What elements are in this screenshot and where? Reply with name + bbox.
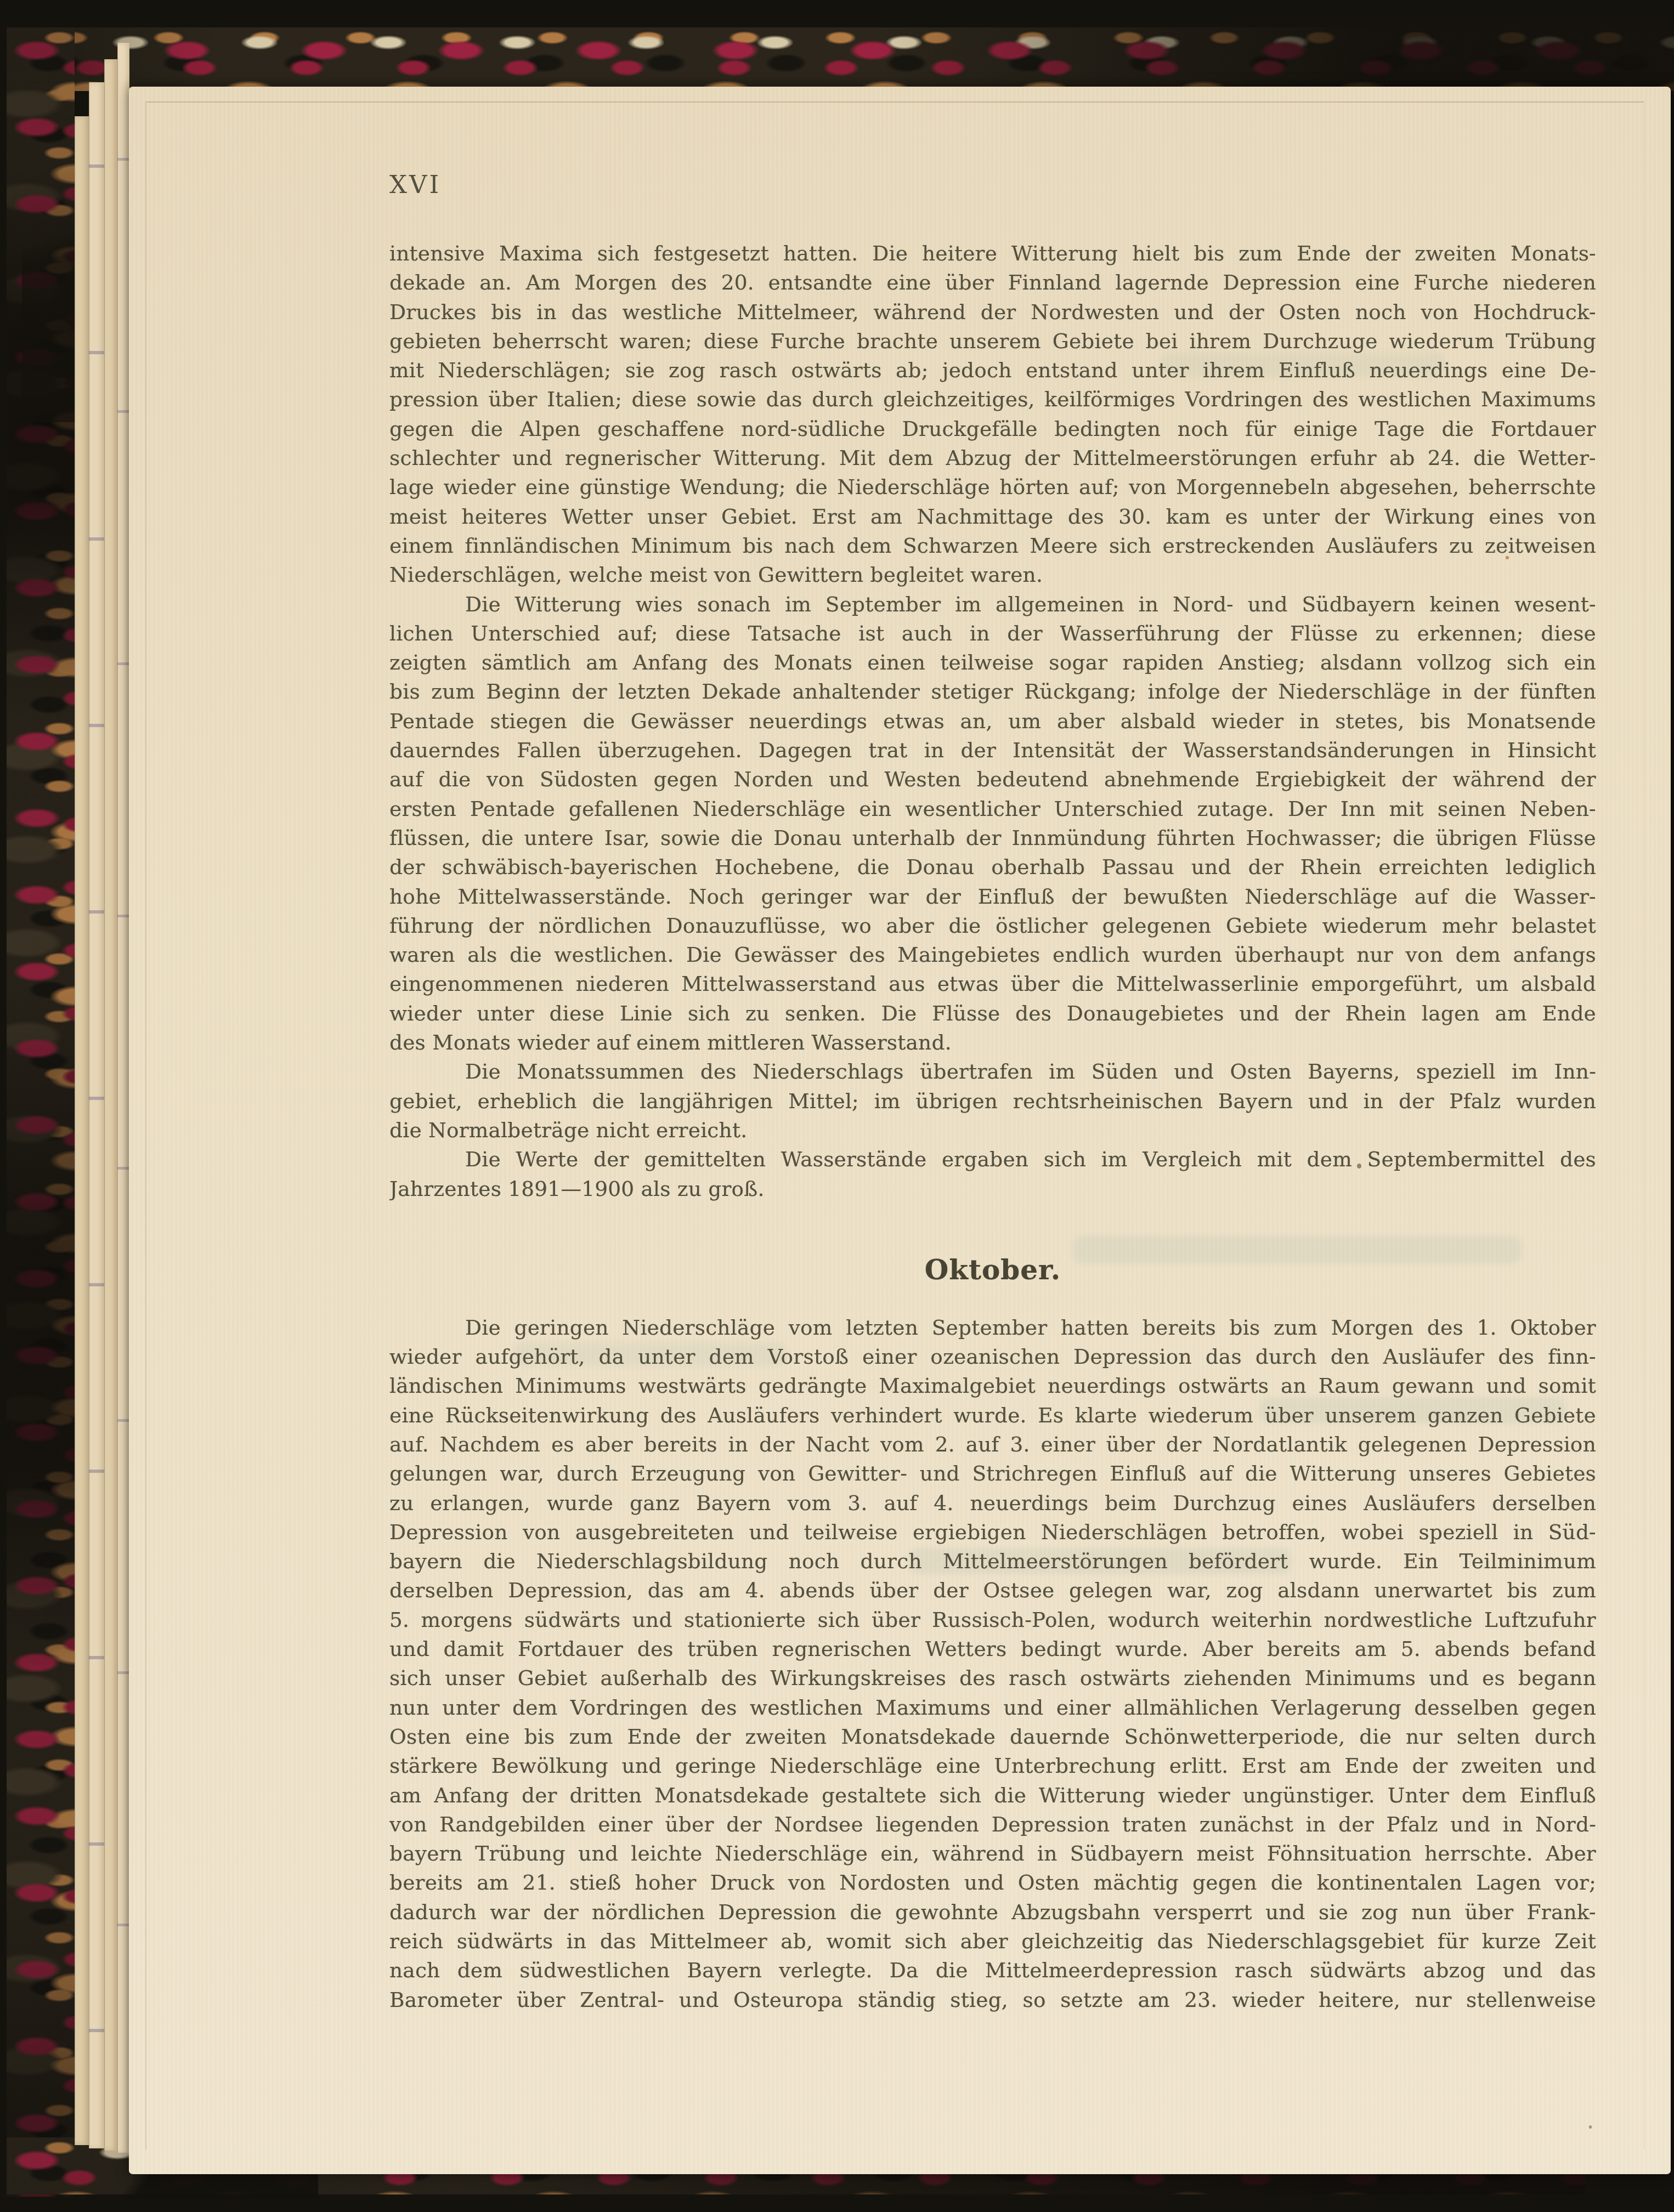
text-line: Die Werte der gemittelten Wasserstände e…: [389, 1145, 1596, 1174]
page-stack-edge: [117, 43, 129, 2153]
text-line: Jahrzentes 1891—1900 als zu groß.: [389, 1175, 1596, 1204]
page-stack-edge: [75, 116, 89, 2145]
text-line: Depression von ausgebreiteten und teilwe…: [389, 1518, 1596, 1547]
text-line: führung der nördlichen Donauzuflüsse, wo…: [389, 911, 1596, 940]
text-line: pression über Italien; diese sowie das d…: [389, 385, 1596, 414]
text-line: wieder aufgehört, da unter dem Vorstoß e…: [389, 1342, 1596, 1371]
text-line: gegen die Alpen geschaffene nord-südlich…: [389, 415, 1596, 444]
text-line: auf die von Südosten gegen Norden und We…: [389, 765, 1596, 794]
paragraph: intensive Maxima sich festgesetzt hatten…: [389, 239, 1596, 590]
text-line: Niederschlägen, welche meist von Gewitte…: [389, 560, 1596, 589]
text-line: ländischen Minimums westwärts gedrängte …: [389, 1371, 1596, 1400]
text-line: gebiet, erheblich die langjährigen Mitte…: [389, 1087, 1596, 1116]
text-line: Die Monatssummen des Niederschlags übert…: [389, 1057, 1596, 1086]
text-line: einem finnländischen Minimum bis nach de…: [389, 531, 1596, 560]
text-line: bis zum Beginn der letzten Dekade anhalt…: [389, 677, 1596, 706]
text-line: der schwäbisch-bayerischen Hochebene, di…: [389, 853, 1596, 882]
section-heading-oktober: Oktober.: [389, 1253, 1596, 1287]
text-line: derselben Depression, das am 4. abends ü…: [389, 1576, 1596, 1605]
text-line: Pentade stiegen die Gewässer neuerdings …: [389, 707, 1596, 736]
text-line: dauerndes Fallen überzugehen. Dagegen tr…: [389, 736, 1596, 765]
text-line: von Randgebilden einer über der Nordsee …: [389, 1810, 1596, 1839]
text-line: bayern Trübung und leichte Niederschläge…: [389, 1839, 1596, 1868]
text-line: intensive Maxima sich festgesetzt hatten…: [389, 239, 1596, 268]
text-line: ersten Pentade gefallenen Niederschläge …: [389, 795, 1596, 824]
paper-speck: [1589, 2125, 1592, 2129]
text-line: Barometer über Zentral- und Osteuropa st…: [389, 1986, 1596, 2015]
text-line: gelungen war, durch Erzeugung von Gewitt…: [389, 1459, 1596, 1488]
text-line: 5. morgens südwärts und stationierte sic…: [389, 1606, 1596, 1635]
paragraph: Die geringen Niederschläge vom letzten S…: [389, 1313, 1596, 2015]
text-line: lichen Unterschied auf; diese Tatsache i…: [389, 619, 1596, 648]
text-line: am Anfang der dritten Monatsdekade gesta…: [389, 1781, 1596, 1810]
text-line: meist heiteres Wetter unser Gebiet. Erst…: [389, 502, 1596, 531]
text-line: Die geringen Niederschläge vom letzten S…: [389, 1313, 1596, 1342]
text-line: zu erlangen, wurde ganz Bayern vom 3. au…: [389, 1489, 1596, 1518]
section-september-text: intensive Maxima sich festgesetzt hatten…: [389, 239, 1596, 1204]
text-line: lage wieder eine günstige Wendung; die N…: [389, 473, 1596, 502]
text-line: zeigten sämtlich am Anfang des Monats ei…: [389, 648, 1596, 677]
text-line: Druckes bis in das westliche Mittelmeer,…: [389, 298, 1596, 327]
text-line: bayern die Niederschlagsbildung noch dur…: [389, 1547, 1596, 1576]
text-line: eine Rückseitenwirkung des Ausläufers ve…: [389, 1401, 1596, 1430]
text-line: stärkere Bewölkung und geringe Niedersch…: [389, 1751, 1596, 1780]
text-column: intensive Maxima sich festgesetzt hatten…: [389, 239, 1596, 2015]
text-line: dadurch war der nördlichen Depression di…: [389, 1898, 1596, 1927]
text-line: nun unter dem Vordringen des westlichen …: [389, 1693, 1596, 1722]
text-line: schlechter und regnerischer Witterung. M…: [389, 444, 1596, 473]
text-line: Die Witterung wies sonach im September i…: [389, 590, 1596, 619]
text-line: nach dem südwestlichen Bayern verlegte. …: [389, 1956, 1596, 1985]
text-line: Osten eine bis zum Ende der zweiten Mona…: [389, 1722, 1596, 1751]
book-page: XVI intensive Maxima sich festgesetzt ha…: [129, 87, 1671, 2174]
book-cover-marble-top: [20, 27, 1674, 91]
text-line: und damit Fortdauer des trüben regnerisc…: [389, 1635, 1596, 1664]
page-stack-edge: [89, 82, 105, 2148]
page-stack-edge: [104, 59, 118, 2151]
paragraph: Die Werte der gemittelten Wasserstände e…: [389, 1145, 1596, 1204]
page-number: XVI: [389, 170, 441, 199]
text-line: wieder unter diese Linie sich zu senken.…: [389, 999, 1596, 1028]
text-line: bereits am 21. stieß hoher Druck von Nor…: [389, 1868, 1596, 1897]
text-line: auf. Nachdem es aber bereits in der Nach…: [389, 1430, 1596, 1459]
text-line: des Monats wieder auf einem mittleren Wa…: [389, 1028, 1596, 1057]
text-line: die Normalbeträge nicht erreicht.: [389, 1116, 1596, 1145]
paragraph: Die Witterung wies sonach im September i…: [389, 590, 1596, 1058]
text-line: hohe Mittelwasserstände. Noch geringer w…: [389, 882, 1596, 911]
text-line: reich südwärts in das Mittelmeer ab, wom…: [389, 1927, 1596, 1956]
section-october-text: Die geringen Niederschläge vom letzten S…: [389, 1313, 1596, 2015]
text-line: flüssen, die untere Isar, sowie die Dona…: [389, 824, 1596, 853]
text-line: eingenommenen niederen Mittelwasserstand…: [389, 969, 1596, 999]
text-line: waren als die westlichen. Die Gewässer d…: [389, 940, 1596, 969]
text-line: mit Niederschlägen; sie zog rasch ostwär…: [389, 356, 1596, 385]
text-line: dekade an. Am Morgen des 20. entsandte e…: [389, 268, 1596, 297]
paragraph: Die Monatssummen des Niederschlags übert…: [389, 1057, 1596, 1145]
text-line: sich unser Gebiet außerhalb des Wirkungs…: [389, 1664, 1596, 1693]
text-line: gebieten beherrscht waren; diese Furche …: [389, 327, 1596, 356]
